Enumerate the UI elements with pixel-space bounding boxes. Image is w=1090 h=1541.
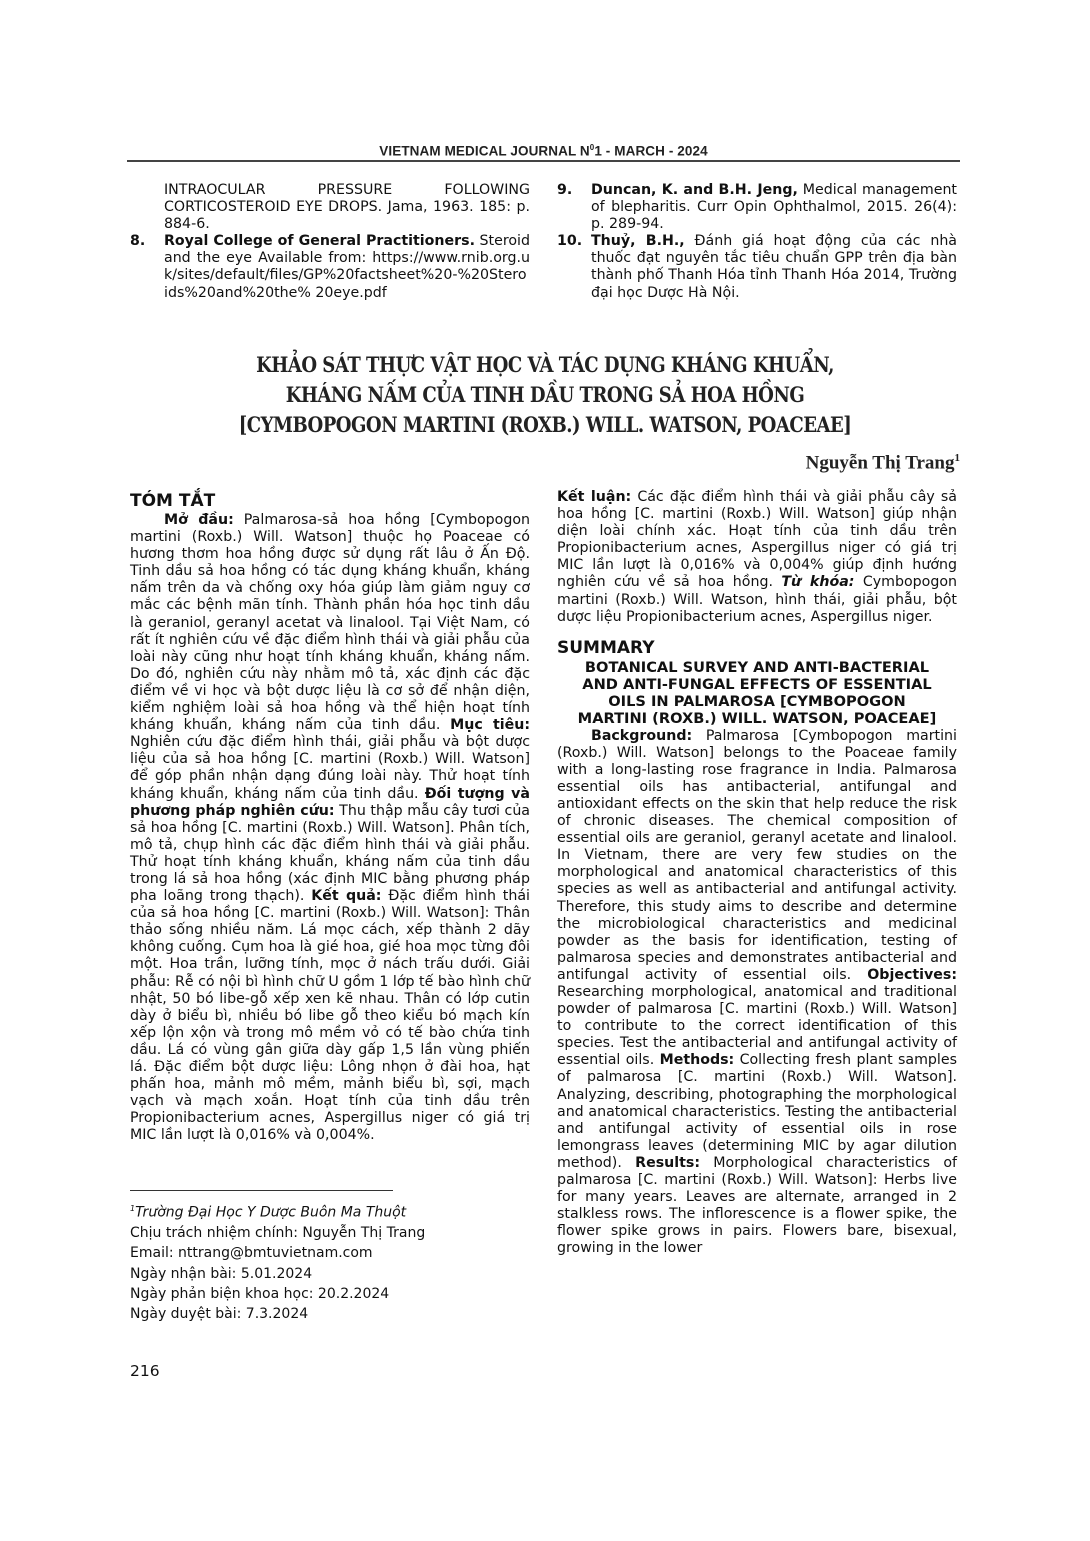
- summary-title: BOTANICAL SURVEY AND ANTI-BACTERIAL AND …: [557, 659, 957, 728]
- title-line: KHẢO SÁT THỰC VẬT HỌC VÀ TÁC DỤNG KHÁNG …: [197, 350, 894, 380]
- label-tu-khoa: Từ khóa:: [781, 574, 854, 590]
- author-affiliation-sup: 1: [955, 452, 961, 464]
- summary-body: Background: Palmarosa [Cymbopogon martin…: [557, 728, 957, 1258]
- summary-title-line: AND ANTI-FUNGAL EFFECTS OF ESSENTIAL: [557, 676, 957, 693]
- reference-number: 8.: [130, 233, 145, 250]
- reference-8: 8. Royal College of General Practitioner…: [130, 233, 530, 301]
- reference-number: 10.: [557, 233, 582, 250]
- reference-authors: Thuỷ, B.H.,: [591, 233, 685, 249]
- page-number: 216: [130, 1362, 160, 1380]
- journal-name: VIETNAM MEDICAL JOURNAL N: [379, 144, 590, 159]
- reference-10: 10. Thuỷ, B.H., Đánh giá hoạt động của c…: [557, 233, 957, 301]
- title-line: KHÁNG NẤM CỦA TINH DẦU TRONG SẢ HOA HỒNG: [197, 380, 894, 410]
- journal-page: VIETNAM MEDICAL JOURNAL N01 - MARCH - 20…: [0, 0, 1090, 1541]
- summary-title-line: MARTINI (ROXB.) WILL. WATSON, POACEAE]: [557, 710, 957, 727]
- footnote-accepted: Ngày duyệt bài: 7.3.2024: [130, 1304, 530, 1324]
- footnote-affiliation: 1Trường Đại Học Y Dược Buôn Ma Thuột: [130, 1199, 530, 1223]
- author-text: Nguyễn Thị Trang: [806, 452, 955, 473]
- label-methods: Methods:: [660, 1052, 735, 1068]
- reference-number: 9.: [557, 182, 572, 199]
- reference-authors: Duncan, K. and B.H. Jeng,: [591, 182, 798, 198]
- abstract-continuation: Kết luận: Các đặc điểm hình thái và giải…: [557, 489, 957, 1257]
- text-ket-qua: Đặc điểm hình thái của sả hoa hồng [C. m…: [130, 888, 530, 1143]
- abstract-conclusion: Kết luận: Các đặc điểm hình thái và giải…: [557, 489, 957, 626]
- affiliation-text: Trường Đại Học Y Dược Buôn Ma Thuột: [135, 1205, 406, 1221]
- abstract-body: Mở đầu: Palmarosa-sả hoa hồng [Cymbopogo…: [130, 512, 530, 1144]
- header-divider: [127, 160, 960, 162]
- text-background: Palmarosa [Cymbopogon martini (Roxb.) Wi…: [557, 728, 957, 983]
- footnote-received: Ngày nhận bài: 5.01.2024: [130, 1264, 530, 1284]
- journal-issue: 1 - MARCH - 2024: [594, 144, 707, 159]
- footnote-reviewed: Ngày phản biện khoa học: 20.2.2024: [130, 1284, 530, 1304]
- label-mo-dau: Mở đầu:: [164, 512, 234, 528]
- summary-heading: SUMMARY: [557, 638, 957, 659]
- summary-title-line: OILS IN PALMAROSA [CYMBOPOGON: [557, 693, 957, 710]
- abstract-heading: TÓM TẮT: [130, 491, 530, 512]
- reference-authors: Royal College of General Practitioners.: [164, 233, 475, 249]
- references-left: INTRAOCULAR PRESSURE FOLLOWING CORTICOST…: [130, 182, 530, 302]
- reference-text: INTRAOCULAR PRESSURE FOLLOWING CORTICOST…: [164, 182, 530, 232]
- footnote-email: Email: nttrang@bmtuvietnam.com: [130, 1243, 530, 1263]
- footnote-responsible: Chịu trách nhiệm chính: Nguyễn Thị Trang: [130, 1223, 530, 1243]
- title-line: [CYMBOPOGON MARTINI (ROXB.) WILL. WATSON…: [197, 410, 894, 440]
- summary-title-line: BOTANICAL SURVEY AND ANTI-BACTERIAL: [557, 659, 957, 676]
- abstract-vietnamese: TÓM TẮT Mở đầu: Palmarosa-sả hoa hồng [C…: [130, 491, 530, 1144]
- label-muc-tieu: Mục tiêu:: [450, 717, 530, 733]
- running-header: VIETNAM MEDICAL JOURNAL N01 - MARCH - 20…: [127, 143, 960, 159]
- text-methods: Collecting fresh plant samples of palmar…: [557, 1052, 957, 1171]
- article-title: KHẢO SÁT THỰC VẬT HỌC VÀ TÁC DỤNG KHÁNG …: [197, 350, 894, 440]
- label-ket-qua: Kết quả:: [311, 888, 381, 904]
- references-right: 9. Duncan, K. and B.H. Jeng, Medical man…: [557, 182, 957, 302]
- label-results: Results:: [635, 1155, 700, 1171]
- footnote: 1Trường Đại Học Y Dược Buôn Ma Thuột Chị…: [130, 1199, 530, 1324]
- label-objectives: Objectives:: [867, 967, 957, 983]
- label-ket-luan: Kết luận:: [557, 489, 631, 505]
- reference-7-continued: INTRAOCULAR PRESSURE FOLLOWING CORTICOST…: [130, 182, 530, 233]
- reference-9: 9. Duncan, K. and B.H. Jeng, Medical man…: [557, 182, 957, 233]
- label-background: Background:: [591, 728, 692, 744]
- footnote-divider: [130, 1190, 393, 1191]
- author-name: Nguyễn Thị Trang1: [806, 452, 960, 474]
- text-mo-dau: Palmarosa-sả hoa hồng [Cymbopogon martin…: [130, 512, 530, 733]
